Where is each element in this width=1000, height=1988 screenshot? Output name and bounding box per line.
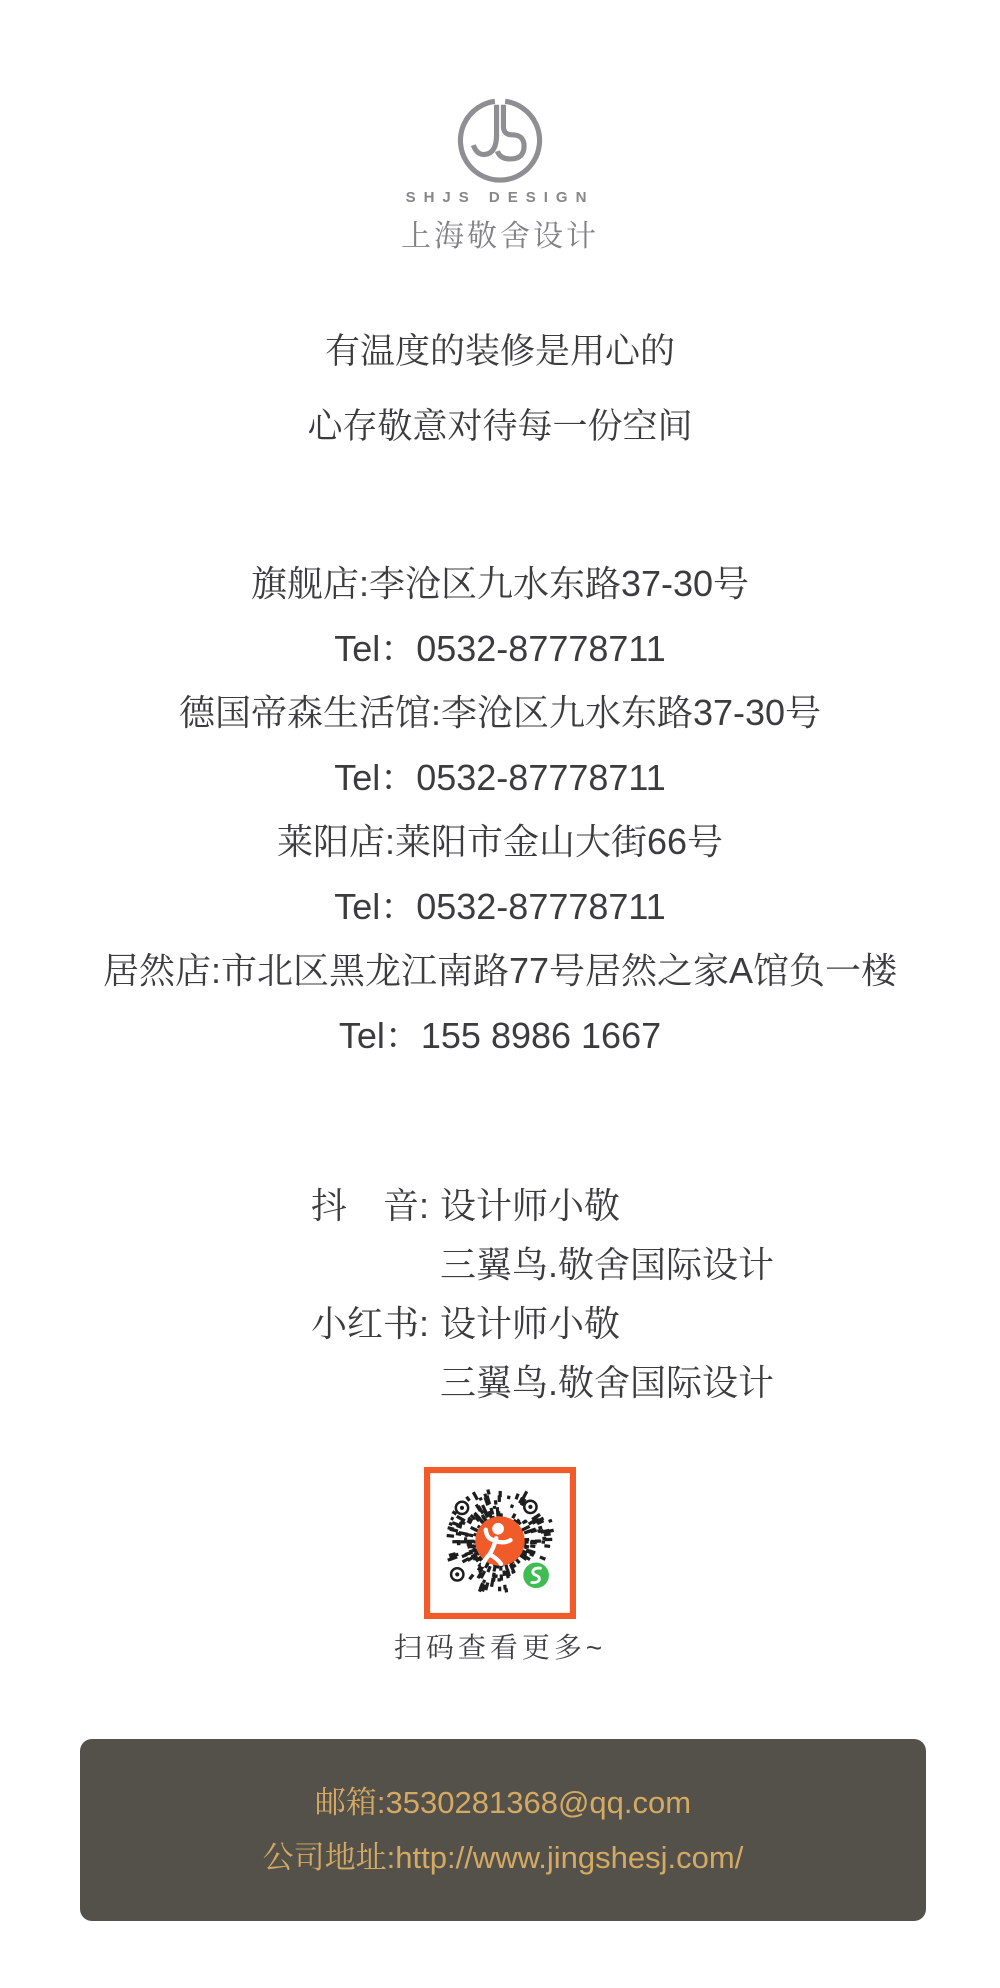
footer-website: 公司地址:http://www.jingshesj.com/ — [263, 1841, 744, 1875]
douyin-handle-2: 三翼鸟.敬舍国际设计 — [440, 1247, 774, 1283]
disen-life-hall-address: 德国帝森生活馆:李沧区九水东路37-30号 — [0, 681, 1000, 746]
douyin-handle-1: 设计师小敬 — [440, 1188, 774, 1224]
qr-code — [424, 1467, 576, 1619]
flagship-store-address: 旗舰店:李沧区九水东路37-30号 — [0, 552, 1000, 617]
juran-store-address: 居然店:市北区黑龙江南路77号居然之家A馆负一楼 — [0, 939, 1000, 1004]
social-handles: 设计师小敬 三翼鸟.敬舍国际设计 设计师小敬 三翼鸟.敬舍国际设计 — [440, 1188, 774, 1424]
laiyang-store-tel: Tel：0532-87778711 — [0, 875, 1000, 940]
slogan-line-1: 有温度的装修是用心的 — [0, 334, 1000, 370]
person-icon — [475, 1516, 524, 1565]
qr-caption: 扫码查看更多~ — [0, 1632, 1000, 1664]
slogan-line-2: 心存敬意对待每一份空间 — [0, 409, 1000, 445]
xiaohongshu-handle-2: 三翼鸟.敬舍国际设计 — [440, 1365, 774, 1401]
js-monogram-icon — [457, 97, 543, 183]
xiaohongshu-label: 小红书: — [311, 1306, 429, 1342]
footer-email: 邮箱:3530281368@qq.com — [315, 1786, 691, 1820]
brand-logo: SHJS DESIGN 上海敬舍设计 — [0, 97, 1000, 255]
laiyang-store-address: 莱阳店:莱阳市金山大街66号 — [0, 810, 1000, 875]
brand-english-name: SHJS DESIGN — [406, 189, 595, 206]
poster-page: SHJS DESIGN 上海敬舍设计 有温度的装修是用心的 心存敬意对待每一份空… — [0, 0, 1000, 1988]
footer-bar: 邮箱:3530281368@qq.com 公司地址:http://www.jin… — [80, 1739, 926, 1921]
juran-store-tel: Tel：155 8986 1667 — [0, 1004, 1000, 1069]
xiaohongshu-handle-1: 设计师小敬 — [440, 1306, 774, 1342]
disen-life-hall-tel: Tel：0532-87778711 — [0, 746, 1000, 811]
douyin-label: 抖 音: — [311, 1188, 429, 1224]
wechat-mini-program-icon — [523, 1562, 549, 1588]
flagship-store-tel: Tel：0532-87778711 — [0, 617, 1000, 682]
brand-chinese-name: 上海敬舍设计 — [401, 211, 599, 255]
store-contact-list: 旗舰店:李沧区九水东路37-30号 Tel：0532-87778711 德国帝森… — [0, 552, 1000, 1068]
